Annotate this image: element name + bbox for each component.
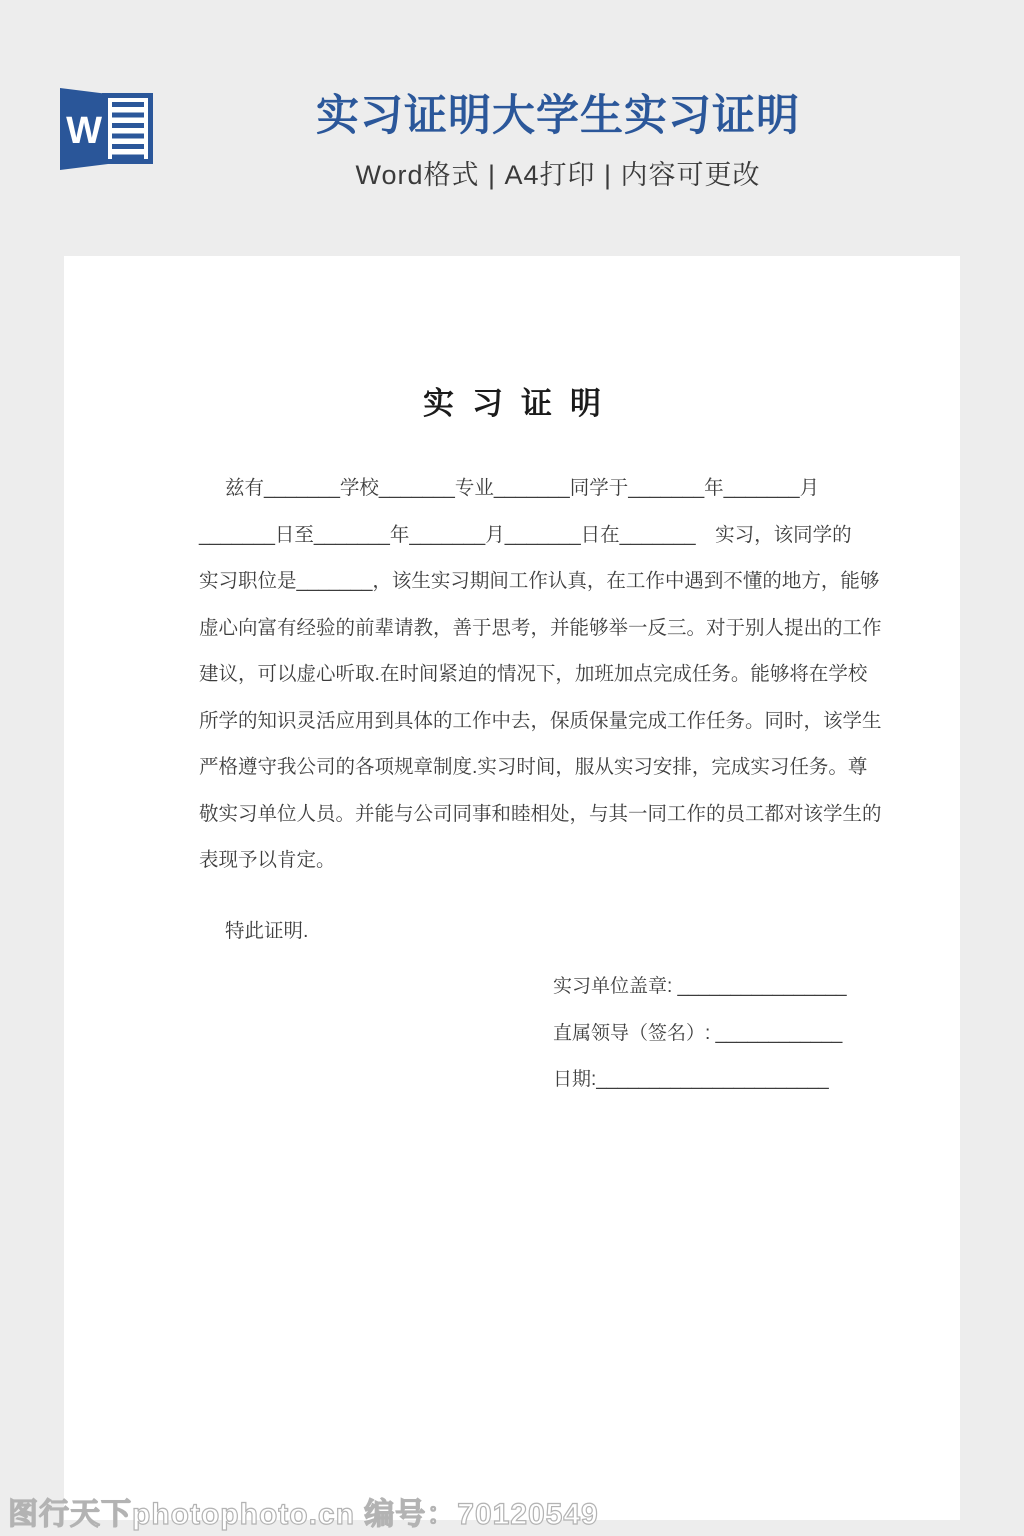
body-text-line: 敬实习单位人员。并能与公司同事和睦相处，与其一同工作的员工都对该学生的 [199, 791, 825, 838]
body-text-line: 虚心向富有经验的前辈请教，善于思考，并能够举一反三。对于别人提出的工作 [199, 605, 825, 652]
a4-document-page: 实习证明 兹有_______学校_______专业_______同学于_____… [64, 256, 960, 1520]
page-subtitle: Word格式 | A4打印 | 内容可更改 [92, 153, 1024, 192]
closing-statement: 特此证明. [199, 908, 825, 955]
signature-line: 实习单位盖章: ________________ [553, 964, 825, 1011]
body-text-line: 表现予以肯定。 [199, 837, 825, 884]
document-content: 实习证明 兹有_______学校_______专业_______同学于_____… [64, 378, 960, 1104]
body-text-line: 实习职位是_______，该生实习期间工作认真，在工作中遇到不懂的地方，能够 [199, 558, 825, 605]
document-title: 实习证明 [199, 378, 825, 423]
signature-line: 日期:______________________ [553, 1057, 825, 1104]
page-title: 实习证明大学生实习证明 [92, 92, 1024, 141]
template-preview-page: { "header": { "title": "实习证明大学生实习证明", "s… [0, 0, 1024, 1536]
signature-line: 直属领导（签名）: ____________ [553, 1011, 825, 1058]
site-watermark: 图行天下photophoto.cn 编号：70120549 [8, 1489, 599, 1533]
signature-block: 实习单位盖章: ________________直属领导（签名）: ______… [553, 964, 825, 1104]
header: 实习证明大学生实习证明 Word格式 | A4打印 | 内容可更改 [0, 92, 1024, 192]
body-text-line: 严格遵守我公司的各项规章制度.实习时间，服从实习安排，完成实习任务。尊 [199, 744, 825, 791]
body-text-line: _______日至_______年_______月_______日在______… [199, 512, 825, 559]
body-text-line: 兹有_______学校_______专业_______同学于_______年__… [199, 465, 825, 512]
document-body: 兹有_______学校_______专业_______同学于_______年__… [199, 465, 825, 884]
body-text-line: 建议，可以虚心听取.在时间紧迫的情况下，加班加点完成任务。能够将在学校 [199, 651, 825, 698]
body-text-line: 所学的知识灵活应用到具体的工作中去，保质保量完成工作任务。同时，该学生 [199, 698, 825, 745]
